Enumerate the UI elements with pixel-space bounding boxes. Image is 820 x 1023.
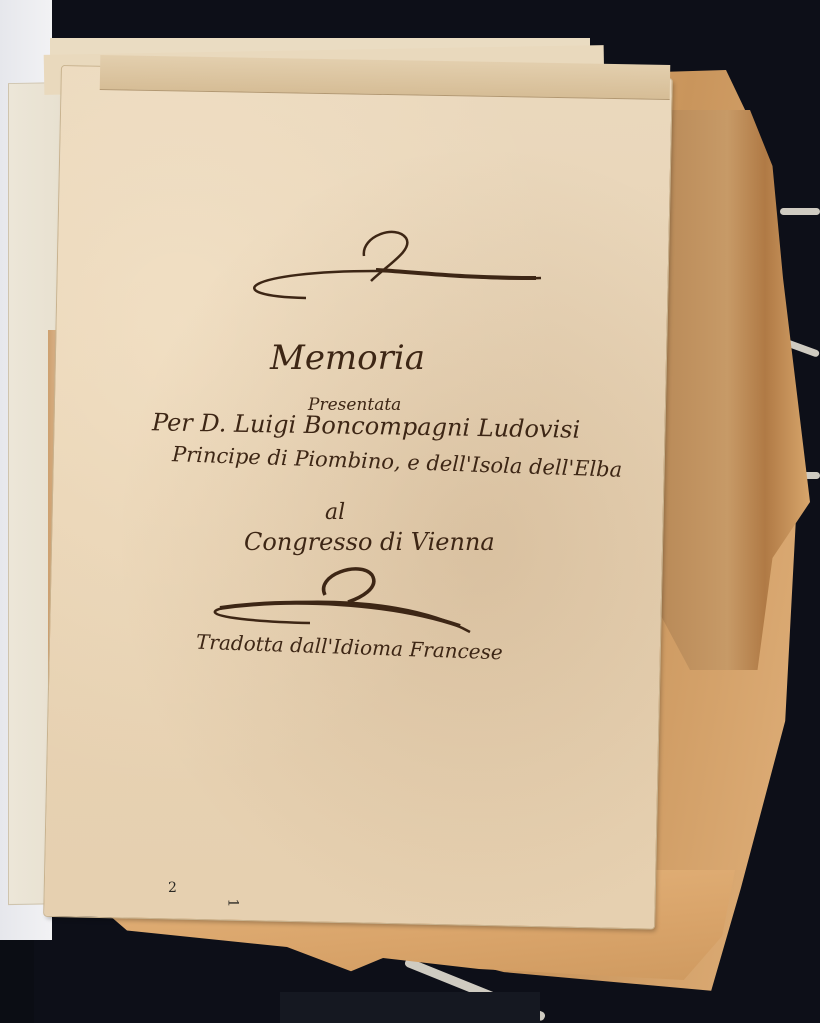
manuscript-title: Memoria	[270, 338, 425, 378]
tie-string	[780, 208, 820, 215]
manuscript-cover-sheet	[44, 66, 672, 929]
stand-base	[280, 992, 540, 1023]
manuscript-to: al	[325, 500, 345, 525]
ink-flourish-icon	[236, 226, 546, 301]
ink-flourish-icon	[190, 560, 480, 640]
pencil-mark: 1	[224, 899, 240, 908]
pencil-mark: 2	[168, 880, 177, 896]
manuscript-congress: Congresso di Vienna	[244, 528, 495, 556]
